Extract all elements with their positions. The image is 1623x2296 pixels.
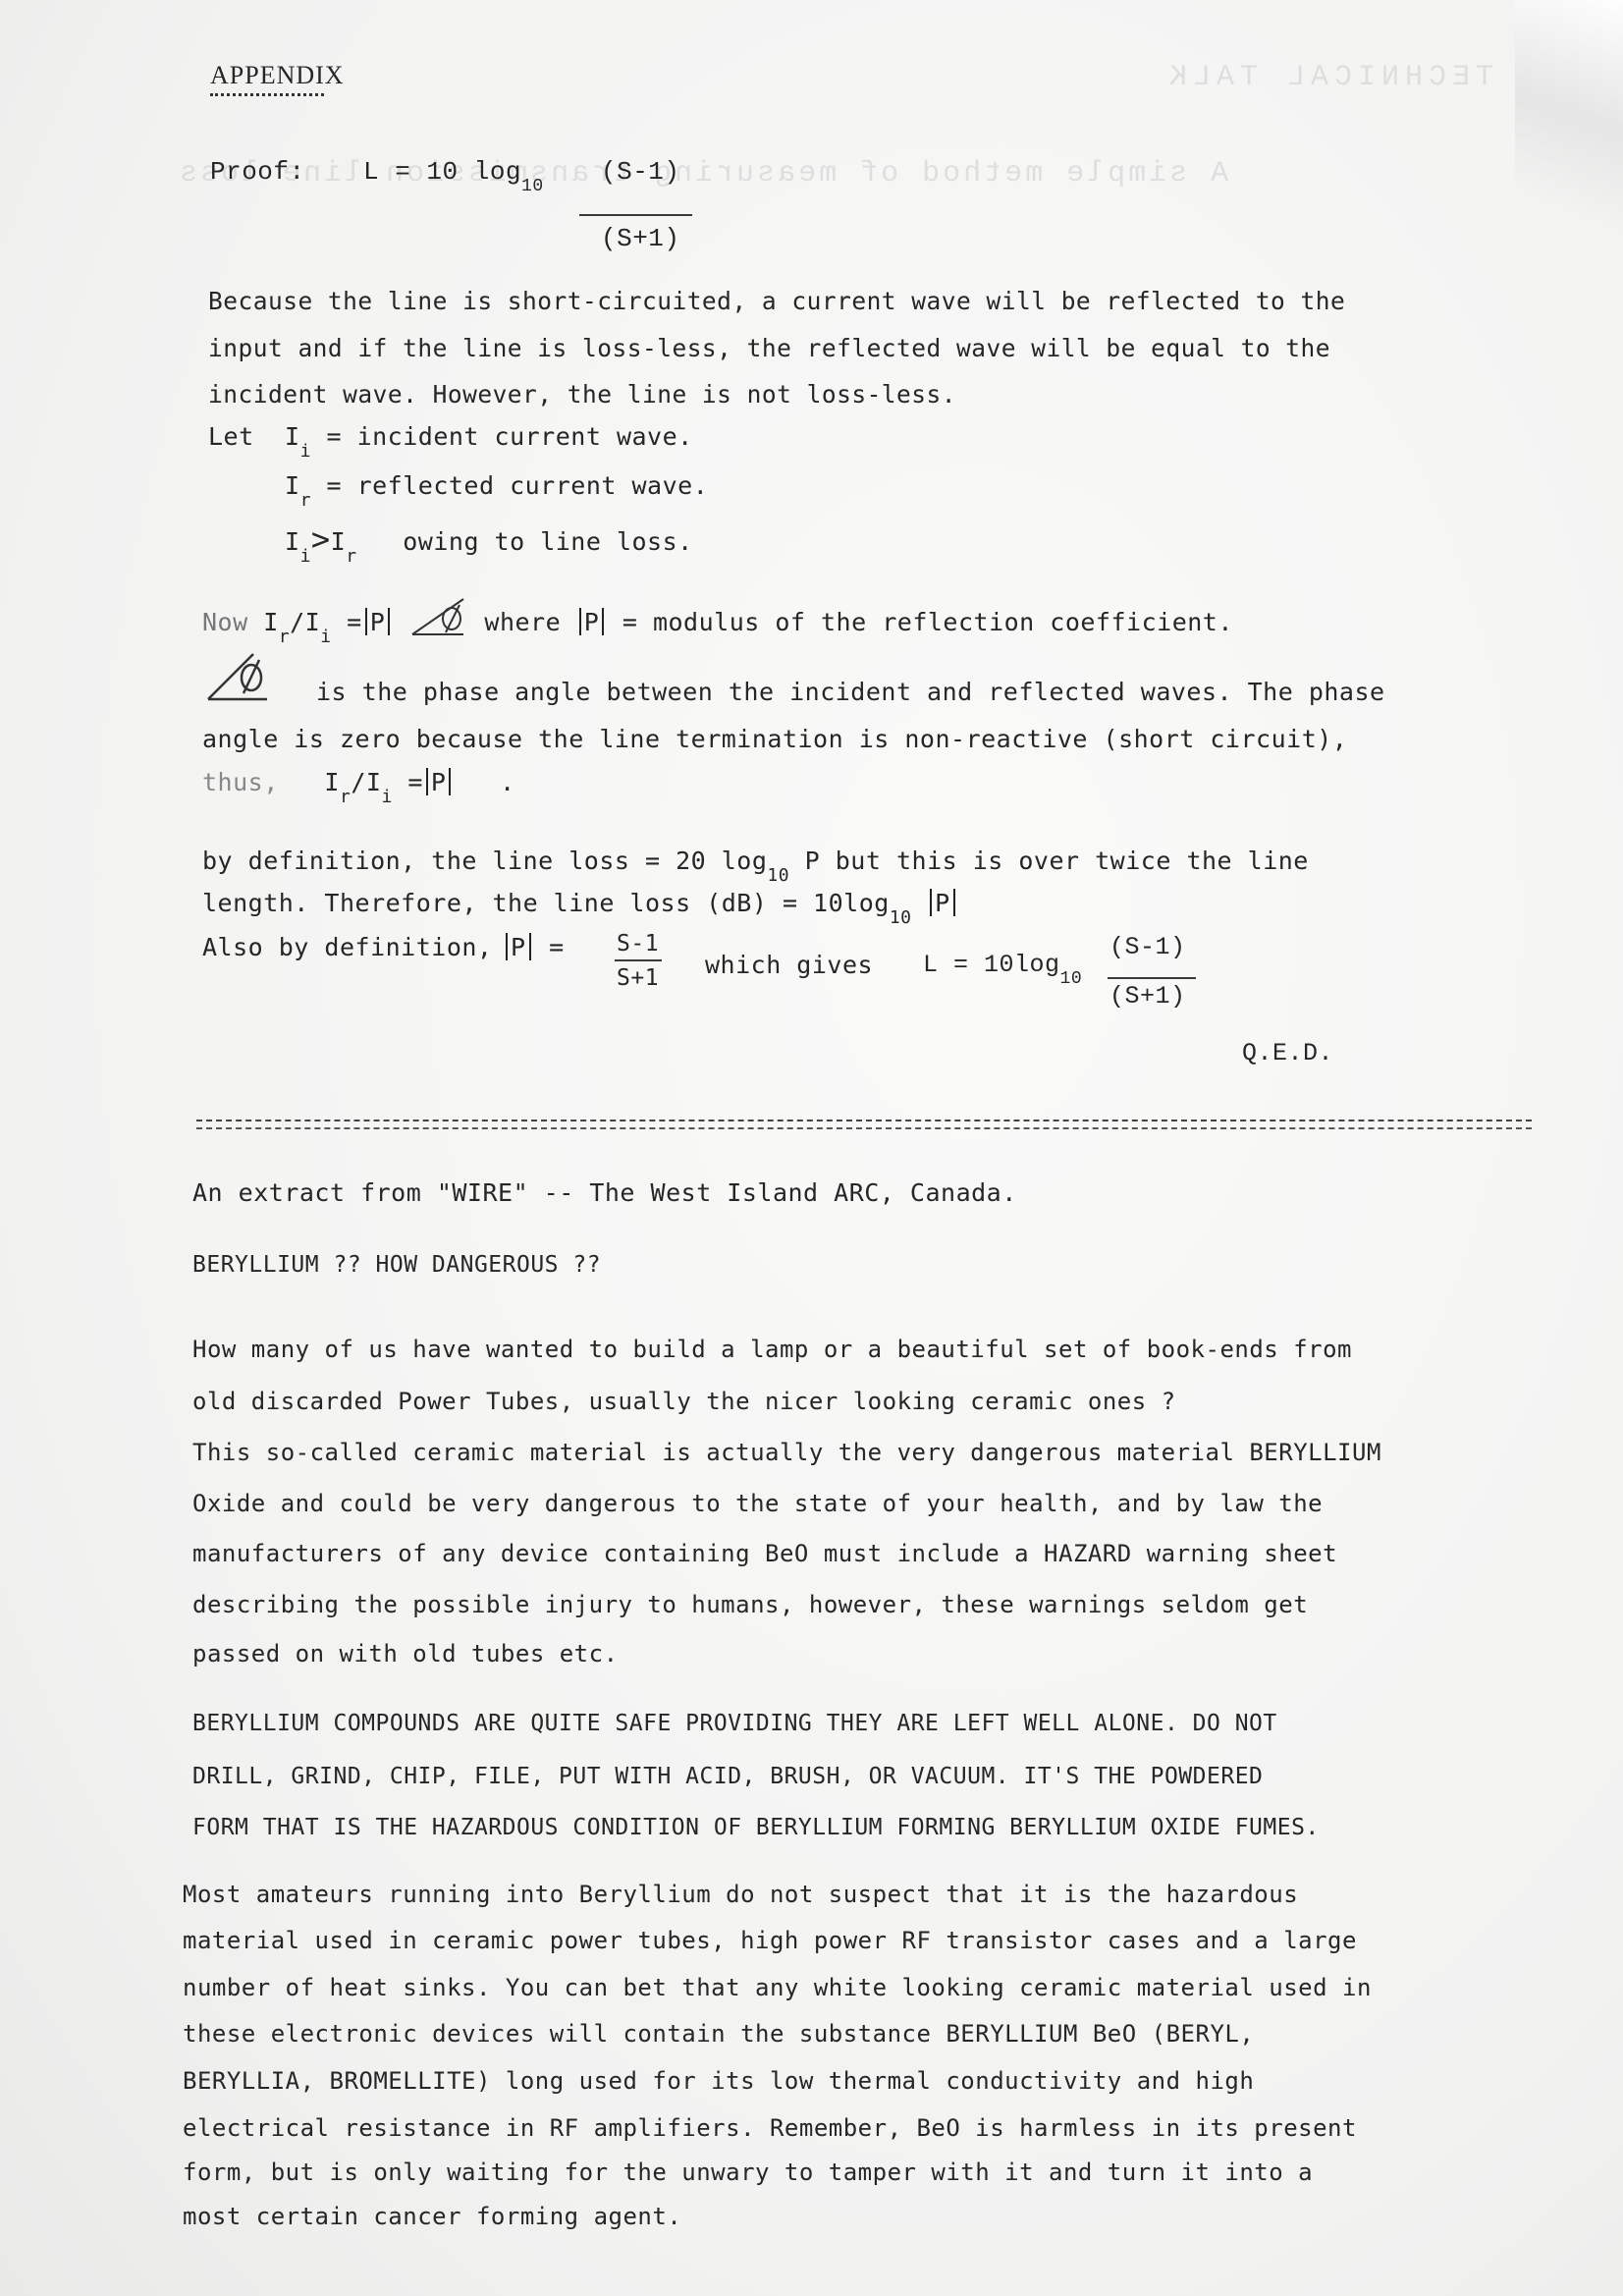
text-line: How many of us have wanted to build a la… — [192, 1336, 1352, 1363]
period: . — [500, 768, 515, 796]
def-reflected-text: = reflected current wave. — [326, 471, 708, 500]
subscript-i: i — [300, 441, 311, 462]
symbol-I: /I — [290, 608, 320, 636]
text-line: by definition, the line loss = 20 log10 … — [202, 847, 1309, 875]
symbol-I: I — [285, 422, 300, 451]
greater-than-sign: > — [311, 520, 331, 558]
proof-formula-lhs: L = 10 log10 — [363, 157, 544, 187]
text-line: length. Therefore, the line loss (dB) = … — [202, 889, 958, 917]
fraction-num: S-1 — [617, 931, 659, 957]
paper-crease — [1515, 0, 1623, 255]
text-line: Oxide and could be very dangerous to the… — [192, 1490, 1323, 1517]
log-base: 10 — [1060, 969, 1083, 989]
text-line: DRILL, GRIND, CHIP, FILE, PUT WITH ACID,… — [192, 1764, 1263, 1789]
symbol-I: /I — [351, 768, 381, 796]
text-line: passed on with old tubes etc. — [192, 1640, 619, 1667]
abs-bar — [449, 768, 451, 795]
thus-label: thus, — [202, 768, 279, 796]
text-line: is the phase angle between the incident … — [316, 678, 1385, 706]
appendix-underline — [210, 88, 324, 96]
text-line: manufacturers of any device containing B… — [192, 1540, 1337, 1567]
text-line: input and if the line is loss-less, the … — [208, 334, 1330, 362]
abs-bar — [388, 608, 390, 635]
abs-bar — [930, 889, 932, 916]
text-line: FORM THAT IS THE HAZARDOUS CONDITION OF … — [192, 1815, 1320, 1840]
equals-sign: = — [347, 608, 362, 636]
text-line: electrical resistance in RF amplifiers. … — [183, 2114, 1357, 2142]
text-line: form, but is only waiting for the unwary… — [183, 2159, 1313, 2186]
text-line: material used in ceramic power tubes, hi… — [183, 1927, 1357, 1954]
abs-p: P = — [503, 933, 565, 961]
proof-label: Proof: — [210, 157, 305, 187]
let-label: Let — [208, 422, 254, 451]
def-line1-text: by definition, the line loss = 20 log — [202, 847, 767, 875]
thus-line: thus, Ir/Ii =P . — [202, 768, 515, 796]
equals-sign: = — [407, 768, 423, 796]
modulus-text: = modulus of the reflection coefficient. — [622, 608, 1233, 636]
subscript-r: r — [340, 787, 351, 807]
log-base: 10 — [890, 907, 912, 928]
text-line: describing the possible injury to humans… — [192, 1591, 1308, 1618]
def-line2-text: length. Therefore, the line loss (dB) = … — [202, 889, 890, 917]
appendix-heading: APPENDIX — [210, 61, 345, 90]
symbol-P: P — [431, 768, 447, 796]
proof-denominator: (S+1) — [601, 224, 680, 253]
final-lhs-text: L = 10log — [923, 951, 1060, 979]
text-line: Because the line is short-circuited, a c… — [208, 287, 1345, 315]
where-text: where — [484, 608, 561, 636]
which-gives-text: which gives — [705, 951, 873, 979]
formula-log-base: 10 — [521, 177, 544, 196]
symbol-I: I — [285, 471, 300, 500]
equals-sign: = — [549, 933, 565, 961]
text-line: number of heat sinks. You can bet that a… — [183, 1974, 1372, 2001]
def-line1-rest: P but this is over twice the line — [805, 847, 1309, 875]
subscript-r: r — [279, 627, 290, 647]
abs-bar — [529, 933, 531, 960]
text-line: most certain cancer forming agent. — [183, 2203, 681, 2230]
reflection-coefficient-line: Now Ir/Ii =P where P = modulus of the re… — [202, 601, 1233, 636]
text-line: Most amateurs running into Beryllium do … — [183, 1881, 1298, 1908]
symbol-I: I — [285, 527, 300, 556]
section-divider — [196, 1120, 1532, 1129]
inequality: Ii>Ir owing to line loss. — [285, 520, 693, 558]
symbol-P: P — [370, 608, 386, 636]
text-line: old discarded Power Tubes, usually the n… — [192, 1388, 1176, 1415]
fraction-den: S+1 — [617, 965, 659, 991]
final-formula-lhs: L = 10log10 — [923, 951, 1082, 979]
subscript-i: i — [320, 627, 331, 647]
formula-lhs-text: L = 10 log — [363, 157, 521, 187]
bleed-through-header: TECHNICAL TALK — [1163, 61, 1493, 94]
proof-numerator: (S-1) — [601, 157, 680, 187]
symbol-P: P — [511, 933, 526, 961]
log-base: 10 — [767, 865, 789, 886]
final-numerator: (S-1) — [1109, 933, 1186, 961]
proof-fraction-bar — [579, 214, 692, 216]
article-title: BERYLLIUM ?? HOW DANGEROUS ?? — [192, 1252, 601, 1278]
phase-angle-icon — [408, 601, 469, 634]
subscript-r: r — [300, 490, 311, 511]
def-reflected: Ir = reflected current wave. — [285, 471, 708, 500]
now-label: Now — [202, 608, 248, 636]
symbol-I: I — [263, 608, 279, 636]
subscript-r: r — [346, 546, 356, 567]
abs-bar — [365, 608, 367, 635]
bleed-through-subheader: A simple method of measuring transmissio… — [177, 157, 1228, 191]
abs-bar — [953, 889, 955, 916]
qed-text: Q.E.D. — [1242, 1039, 1333, 1067]
text-line: these electronic devices will contain th… — [183, 2020, 1254, 2048]
def-incident: Ii = incident current wave. — [285, 422, 693, 451]
abs-bar — [506, 933, 508, 960]
final-fraction-bar — [1108, 977, 1196, 979]
abs-bar — [602, 608, 604, 635]
fraction-bar — [615, 959, 662, 961]
subscript-i: i — [381, 787, 392, 807]
symbol-P: P — [584, 608, 600, 636]
text-line: BERYLLIUM COMPOUNDS ARE QUITE SAFE PROVI… — [192, 1711, 1277, 1736]
subscript-i: i — [300, 546, 311, 567]
def-line3-text: Also by definition, — [202, 933, 492, 961]
symbol-I: I — [324, 768, 340, 796]
text-line: BERYLLIA, BROMELLITE) long used for its … — [183, 2067, 1254, 2095]
abs-bar — [579, 608, 581, 635]
final-denominator: (S+1) — [1109, 982, 1186, 1011]
text-line: incident wave. However, the line is not … — [208, 380, 956, 409]
phase-angle-symbol — [204, 648, 273, 711]
inequality-text: owing to line loss. — [403, 527, 692, 556]
text-line: This so-called ceramic material is actua… — [192, 1439, 1381, 1466]
symbol-I: I — [331, 527, 347, 556]
text-line: angle is zero because the line terminati… — [202, 725, 1347, 753]
symbol-P: P — [935, 889, 950, 917]
extract-source: An extract from "WIRE" -- The West Islan… — [192, 1178, 1017, 1207]
abs-bar — [426, 768, 428, 795]
def-incident-text: = incident current wave. — [326, 422, 692, 451]
